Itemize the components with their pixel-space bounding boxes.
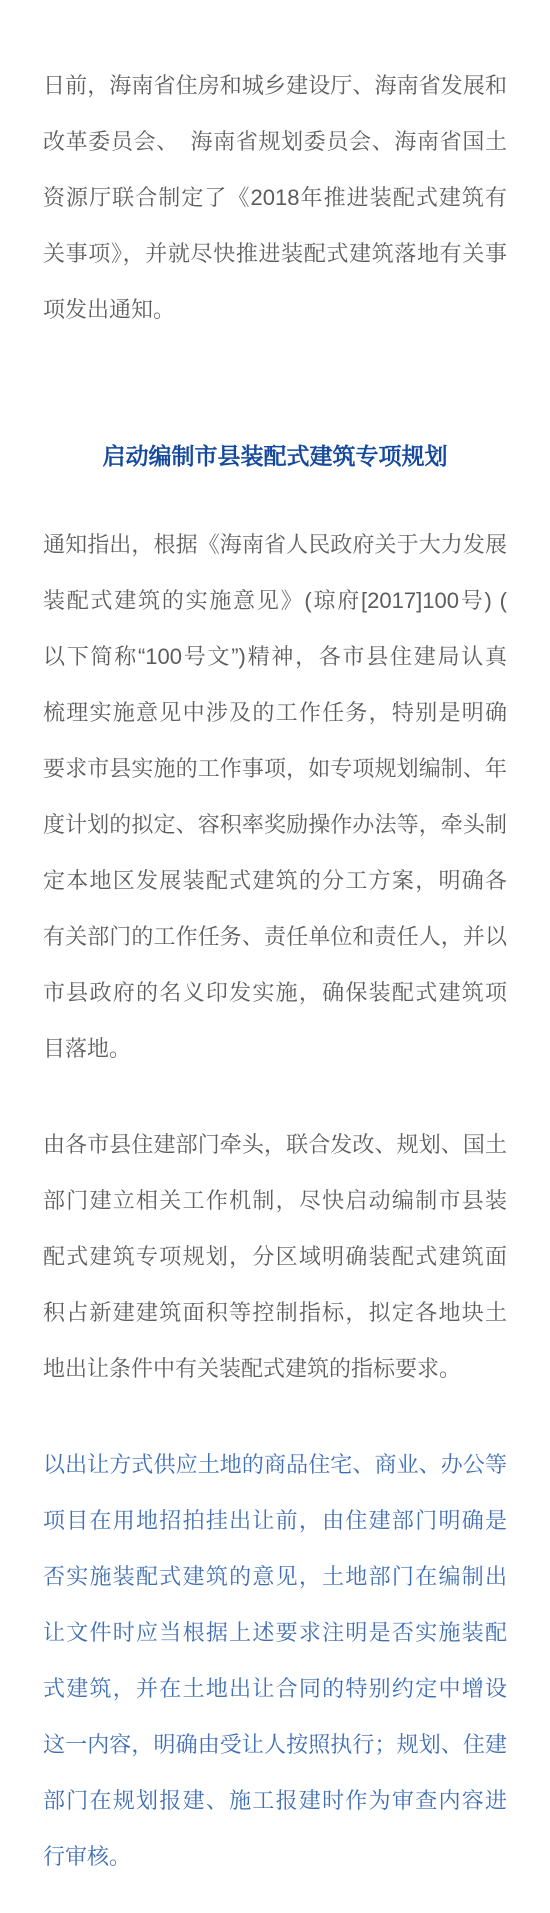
highlight-paragraph: 以出让方式供应土地的商品住宅、商业、办公等项目在用地招拍挂出让前，由住建部门明确… xyxy=(43,1437,507,1885)
text-line: 地出让条件中有关装配式建筑的指标要求。 xyxy=(43,1341,507,1397)
text-line: 以下简称“100号文”)精神，各市县住建局认真 xyxy=(43,629,507,685)
text-line: 否实施装配式建筑的意见，土地部门在编制出 xyxy=(43,1549,507,1605)
text-line: 由各市县住建部门牵头，联合发改、规划、国土 xyxy=(43,1117,507,1173)
text-line: 部门在规划报建、施工报建时作为审查内容进 xyxy=(43,1773,507,1829)
text-line: 行审核。 xyxy=(43,1829,507,1885)
text-line: 目落地。 xyxy=(43,1021,507,1077)
text-line: 部门建立相关工作机制，尽快启动编制市县装 xyxy=(43,1173,507,1229)
section-heading: 启动编制市县装配式建筑专项规划 xyxy=(43,428,507,484)
text-line: 资源厅联合制定了《2018年推进装配式建筑有 xyxy=(43,170,507,226)
text-line: 通知指出，根据《海南省人民政府关于大力发展 xyxy=(43,517,507,573)
text-line: 以出让方式供应土地的商品住宅、商业、办公等 xyxy=(43,1437,507,1493)
body-paragraph-2: 由各市县住建部门牵头，联合发改、规划、国土部门建立相关工作机制，尽快启动编制市县… xyxy=(43,1117,507,1397)
text-line: 改革委员会、 海南省规划委员会、海南省国土 xyxy=(43,114,507,170)
text-line: 项目在用地招拍挂出让前，由住建部门明确是 xyxy=(43,1493,507,1549)
text-line: 有关部门的工作任务、责任单位和责任人，并以 xyxy=(43,909,507,965)
text-line: 积占新建建筑面积等控制指标，拟定各地块土 xyxy=(43,1285,507,1341)
text-line: 装配式建筑的实施意见》(琼府[2017]100号) ( xyxy=(43,573,507,629)
text-line: 让文件时应当根据上述要求注明是否实施装配 xyxy=(43,1605,507,1661)
text-line: 关事项》，并就尽快推进装配式建筑落地有关事 xyxy=(43,226,507,282)
text-line: 要求市县实施的工作事项，如专项规划编制、年 xyxy=(43,741,507,797)
text-line: 日前，海南省住房和城乡建设厅、海南省发展和 xyxy=(43,58,507,114)
article-page: 日前，海南省住房和城乡建设厅、海南省发展和改革委员会、 海南省规划委员会、海南省… xyxy=(0,0,550,1913)
text-line: 项发出通知。 xyxy=(43,282,507,338)
text-line: 梳理实施意见中涉及的工作任务，特别是明确 xyxy=(43,685,507,741)
text-line: 度计划的拟定、容积率奖励操作办法等，牵头制 xyxy=(43,797,507,853)
text-line: 定本地区发展装配式建筑的分工方案，明确各 xyxy=(43,853,507,909)
text-line: 配式建筑专项规划，分区域明确装配式建筑面 xyxy=(43,1229,507,1285)
text-line: 式建筑，并在土地出让合同的特别约定中增设 xyxy=(43,1661,507,1717)
text-line: 这一内容，明确由受让人按照执行；规划、住建 xyxy=(43,1717,507,1773)
intro-paragraph: 日前，海南省住房和城乡建设厅、海南省发展和改革委员会、 海南省规划委员会、海南省… xyxy=(43,58,507,338)
text-line: 市县政府的名义印发实施，确保装配式建筑项 xyxy=(43,965,507,1021)
body-paragraph-1: 通知指出，根据《海南省人民政府关于大力发展装配式建筑的实施意见》(琼府[2017… xyxy=(43,517,507,1077)
